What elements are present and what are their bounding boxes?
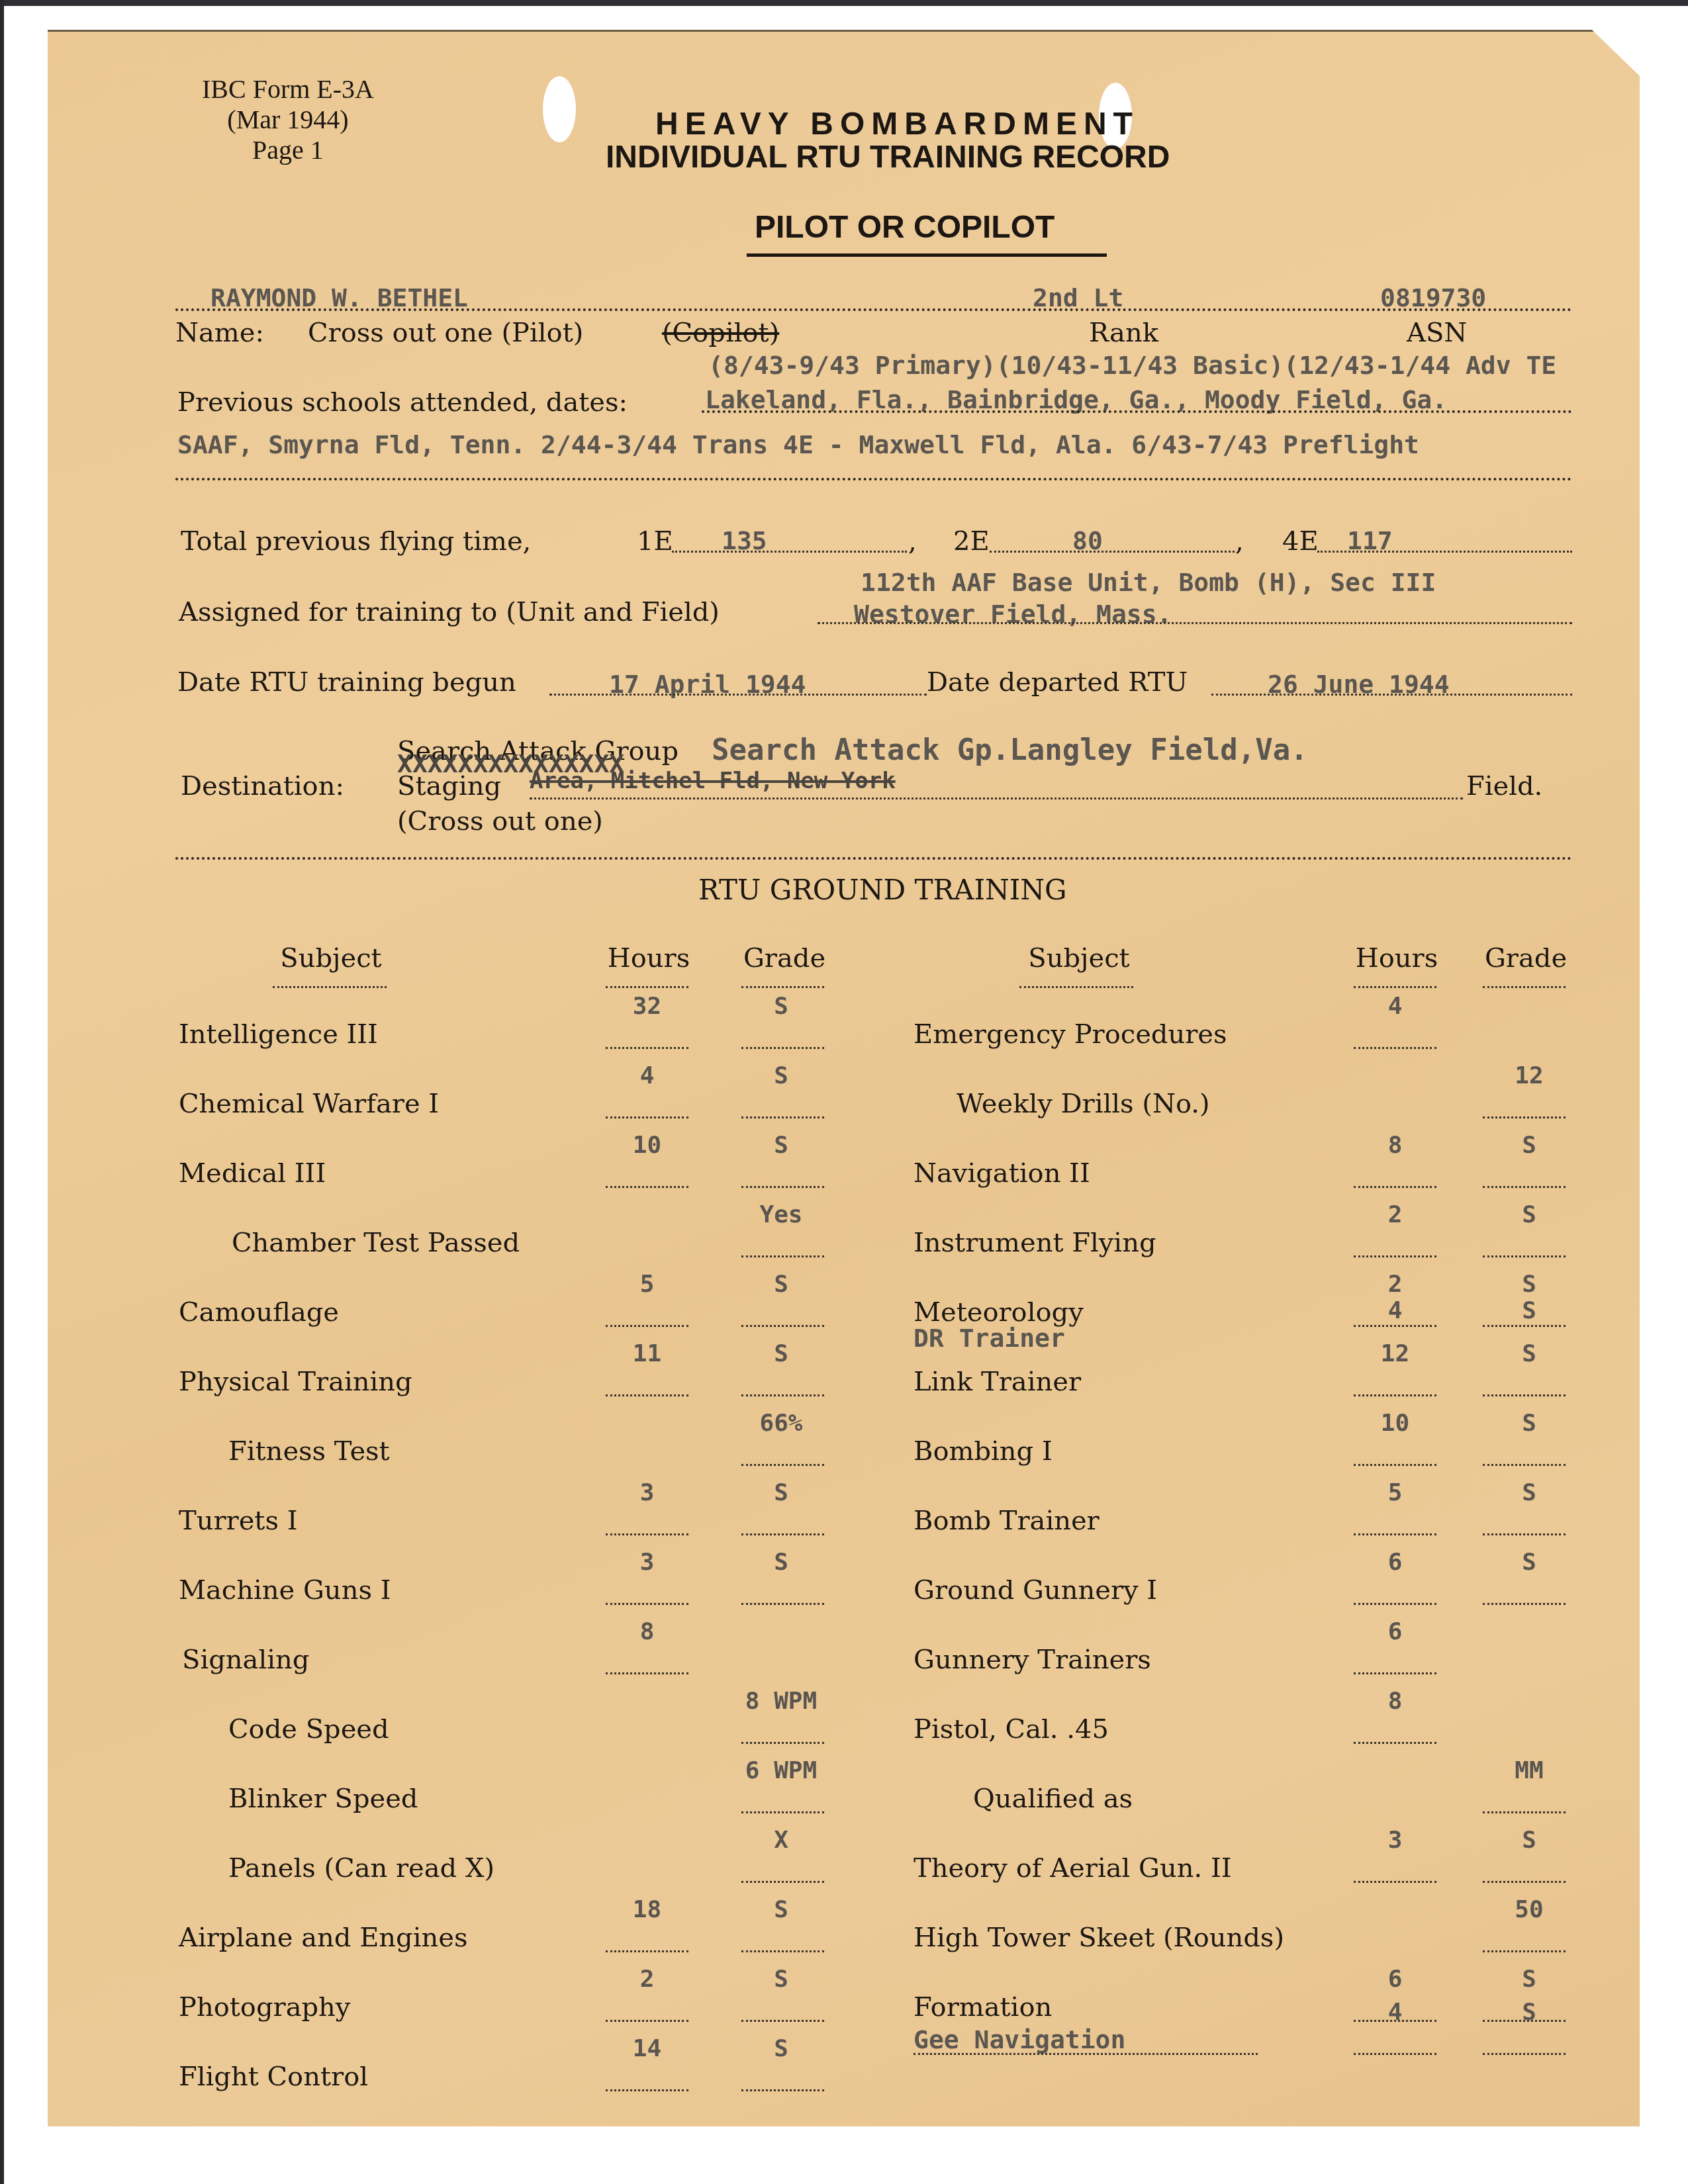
- row-hours[interactable]: 5: [602, 1271, 692, 1298]
- row-subject: Theory of Aerial Gun. II: [914, 1853, 1232, 1884]
- row-hours[interactable]: 4: [1350, 1999, 1440, 2026]
- grade-rule: [741, 1394, 824, 1396]
- hours-rule: [1354, 1255, 1436, 1257]
- previous-schools-rule2: [175, 478, 1572, 480]
- punch-hole-left: [543, 76, 576, 142]
- row-hours[interactable]: 3: [602, 1479, 692, 1506]
- hours-rule: [606, 1533, 688, 1535]
- right-grade-header: Grade: [1476, 943, 1575, 974]
- row-hours[interactable]: 32: [602, 993, 692, 1020]
- grade-rule: [741, 1811, 824, 1813]
- destination-label: Destination:: [181, 771, 344, 801]
- assigned-unit-value[interactable]: 112th AAF Base Unit, Bomb (H), Sec III: [861, 568, 1436, 597]
- row-subject: Code Speed: [228, 1714, 389, 1745]
- date-departed-label: Date departed RTU: [927, 667, 1188, 698]
- hours-rule: [606, 1394, 688, 1396]
- grade-rule: [741, 1950, 824, 1952]
- row-subject: Intelligence III: [179, 1019, 378, 1050]
- hours-rule: [606, 1603, 688, 1605]
- row-hours[interactable]: 14: [602, 2035, 692, 2062]
- row-subject: Link Trainer: [914, 1367, 1081, 1397]
- row-subject: Instrument Flying: [914, 1228, 1156, 1258]
- row-subject: Blinker Speed: [228, 1784, 418, 1814]
- form-id-block: IBC Form E-3A (Mar 1944) Page 1: [169, 74, 407, 165]
- grade-rule: [741, 1533, 824, 1535]
- row-hours[interactable]: 6: [1350, 1618, 1440, 1645]
- row-grade[interactable]: S: [731, 1062, 831, 1089]
- flying-time-label: Total previous flying time,: [181, 526, 531, 557]
- row-grade[interactable]: S: [731, 1132, 831, 1159]
- row-grade[interactable]: S: [731, 1896, 831, 1923]
- row-subject: Machine Guns I: [179, 1575, 391, 1606]
- previous-schools-label: Previous schools attended, dates:: [177, 387, 628, 418]
- subject-rule: [914, 2053, 1258, 2055]
- asn-label: ASN: [1407, 318, 1467, 348]
- row-grade[interactable]: Yes: [731, 1201, 831, 1228]
- grade-rule: [741, 1116, 824, 1118]
- row-hours[interactable]: 4: [602, 1062, 692, 1089]
- date-begun-rule: [549, 694, 927, 696]
- hours-rule: [1354, 1533, 1436, 1535]
- right-hours-header: Hours: [1347, 943, 1446, 974]
- grade-rule: [1483, 1950, 1566, 1952]
- row-subject: Camouflage: [179, 1297, 339, 1328]
- row-subject: Panels (Can read X): [228, 1853, 494, 1884]
- section-divider: [175, 857, 1572, 860]
- row-hours[interactable]: 4: [1350, 1297, 1440, 1324]
- grade-rule: [741, 1047, 824, 1049]
- row-subject: Fitness Test: [228, 1436, 390, 1467]
- row-hours[interactable]: 6: [1350, 1549, 1440, 1576]
- grade-rule: [741, 1742, 824, 1744]
- ground-training-title: RTU GROUND TRAINING: [698, 874, 1067, 906]
- right-grade-header-rule: [1483, 986, 1566, 988]
- hours-rule: [606, 1116, 688, 1118]
- row-grade[interactable]: S: [731, 1271, 831, 1298]
- assigned-field-value[interactable]: Westover Field, Mass.: [854, 600, 1172, 629]
- form-subtitle: PILOT OR COPILOT: [755, 209, 1055, 246]
- right-subject-header-rule: [1019, 986, 1133, 988]
- grade-rule: [741, 2089, 824, 2091]
- row-hours[interactable]: 12: [1350, 1340, 1440, 1367]
- row-grade[interactable]: S: [1479, 1340, 1579, 1367]
- form-page: Page 1: [169, 135, 407, 165]
- date-begun-label: Date RTU training begun: [177, 667, 516, 698]
- row-subject: Photography: [179, 1992, 350, 2023]
- row-grade[interactable]: 66%: [731, 1410, 831, 1437]
- hours-rule: [1354, 1603, 1436, 1605]
- row-subject: Bomb Trainer: [914, 1506, 1100, 1536]
- row-grade[interactable]: X: [731, 1827, 831, 1854]
- grade-rule: [1483, 1116, 1566, 1118]
- left-hours-header: Hours: [599, 943, 698, 974]
- row-grade[interactable]: S: [1479, 1410, 1579, 1437]
- row-subject: Signaling: [182, 1645, 309, 1675]
- row-subject: Weekly Drills (No.): [957, 1089, 1210, 1119]
- row-grade[interactable]: S: [731, 1479, 831, 1506]
- grade-rule: [1483, 1394, 1566, 1396]
- row-subject: Medical III: [179, 1158, 326, 1189]
- row-grade[interactable]: S: [731, 993, 831, 1020]
- hours-rule: [606, 1950, 688, 1952]
- row-subject: Formation: [914, 1992, 1052, 2023]
- row-subject: Ground Gunnery I: [914, 1575, 1157, 1606]
- row-subject: Airplane and Engines: [179, 1923, 467, 1953]
- row-subject: Navigation II: [914, 1158, 1090, 1189]
- form-title-line2: INDIVIDUAL RTU TRAINING RECORD: [606, 139, 1170, 175]
- grade-rule: [1483, 1464, 1566, 1466]
- row-grade[interactable]: S: [1479, 1827, 1579, 1854]
- hours-rule: [1354, 1186, 1436, 1188]
- row-hours[interactable]: 2: [1350, 1201, 1440, 1228]
- row-subject: Flight Control: [179, 2062, 368, 2092]
- previous-schools-line1[interactable]: (8/43-9/43 Primary)(10/43-11/43 Basic)(1…: [708, 351, 1556, 380]
- row-hours[interactable]: 6: [1350, 1966, 1440, 1993]
- row-hours[interactable]: 5: [1350, 1479, 1440, 1506]
- row-hours[interactable]: 3: [1350, 1827, 1440, 1854]
- row-hours[interactable]: 11: [602, 1340, 692, 1367]
- grade-rule: [1483, 1325, 1566, 1327]
- right-hours-header-rule: [1354, 986, 1436, 988]
- row-hours[interactable]: 8: [1350, 1688, 1440, 1715]
- name-rule: [175, 308, 1572, 311]
- row-grade[interactable]: S: [1479, 1999, 1579, 2026]
- grade-rule: [1483, 1255, 1566, 1257]
- row-grade[interactable]: 6 WPM: [731, 1757, 831, 1784]
- row-hours[interactable]: 2: [602, 1966, 692, 1993]
- row-grade[interactable]: S: [1479, 1201, 1579, 1228]
- grade-rule: [1483, 2053, 1566, 2055]
- hours-rule: [1354, 1742, 1436, 1744]
- flying-time-1e-label: 1E: [637, 526, 673, 557]
- scanner-edge-top: [0, 0, 1688, 6]
- flying-time-2e-label: 2E: [953, 526, 990, 557]
- grade-rule: [1483, 1881, 1566, 1883]
- hours-rule: [1354, 1881, 1436, 1883]
- row-hours[interactable]: 10: [602, 1132, 692, 1159]
- grade-rule: [741, 1255, 824, 1257]
- right-subject-header: Subject: [1003, 943, 1155, 974]
- row-grade[interactable]: S: [731, 1549, 831, 1576]
- scanner-edge-left: [0, 0, 4, 2184]
- row-subject: Chamber Test Passed: [232, 1228, 520, 1258]
- left-subject-header-rule: [273, 986, 387, 988]
- hours-rule: [1354, 1672, 1436, 1674]
- row-subject: Bombing I: [914, 1436, 1053, 1467]
- grade-rule: [741, 1325, 824, 1327]
- grade-rule: [741, 1603, 824, 1605]
- row-grade[interactable]: S: [731, 1966, 831, 1993]
- row-subject: Gee Navigation: [914, 2025, 1125, 2054]
- destination-rule: [530, 797, 1463, 799]
- rank-label: Rank: [1089, 318, 1158, 348]
- hours-rule: [606, 2020, 688, 2022]
- flying-time-4e-rule: [1317, 551, 1572, 553]
- row-grade[interactable]: S: [1479, 1966, 1579, 1993]
- left-grade-header: Grade: [735, 943, 834, 974]
- grade-rule: [741, 1881, 824, 1883]
- destination-typed-value[interactable]: Search Attack Gp.Langley Field,Va.: [712, 733, 1308, 767]
- row-subject: High Tower Skeet (Rounds): [914, 1923, 1284, 1953]
- row-grade[interactable]: 50: [1479, 1896, 1579, 1923]
- row-grade[interactable]: S: [731, 1340, 831, 1367]
- row-grade[interactable]: 8 WPM: [731, 1688, 831, 1715]
- form-id: IBC Form E-3A: [169, 74, 407, 105]
- grade-rule: [741, 1464, 824, 1466]
- row-subject: Pistol, Cal. .45: [914, 1714, 1109, 1745]
- hours-rule: [606, 2089, 688, 2091]
- row-hours[interactable]: 2: [1350, 1271, 1440, 1298]
- destination-staging-label: Staging: [397, 771, 501, 801]
- grade-rule: [1483, 1603, 1566, 1605]
- row-subject: Qualified as: [973, 1784, 1133, 1814]
- row-grade[interactable]: S: [1479, 1479, 1579, 1506]
- left-subject-header: Subject: [255, 943, 407, 974]
- row-hours[interactable]: 3: [602, 1549, 692, 1576]
- row-grade[interactable]: S: [1479, 1549, 1579, 1576]
- grade-rule: [741, 2020, 824, 2022]
- flying-time-4e-label: 4E: [1282, 526, 1319, 557]
- row-grade[interactable]: MM: [1479, 1757, 1579, 1784]
- row-subject: Emergency Procedures: [914, 1019, 1227, 1050]
- flying-time-comma-1: ,: [908, 526, 917, 557]
- flying-time-2e-rule: [990, 551, 1235, 553]
- hours-rule: [606, 1047, 688, 1049]
- row-hours[interactable]: 10: [1350, 1410, 1440, 1437]
- hours-rule: [606, 1325, 688, 1327]
- row-subject: Gunnery Trainers: [914, 1645, 1151, 1675]
- row-grade[interactable]: S: [1479, 1297, 1579, 1324]
- flying-time-comma-2: ,: [1235, 526, 1244, 557]
- row-subject: DR Trainer: [914, 1324, 1065, 1353]
- row-subject: Physical Training: [179, 1367, 412, 1397]
- hours-rule: [606, 1186, 688, 1188]
- subtitle-underline: [747, 253, 1107, 257]
- hours-rule: [1354, 2053, 1436, 2055]
- hours-rule: [1354, 1394, 1436, 1396]
- previous-schools-line3[interactable]: SAAF, Smyrna Fld, Tenn. 2/44-3/44 Trans …: [177, 430, 1419, 459]
- grade-rule: [1483, 1811, 1566, 1813]
- hours-rule: [1354, 1464, 1436, 1466]
- row-grade[interactable]: S: [1479, 1132, 1579, 1159]
- left-grade-header-rule: [741, 986, 824, 988]
- hours-rule: [606, 1672, 688, 1674]
- cross-out-pilot-label: Cross out one (Pilot): [308, 318, 583, 348]
- previous-schools-rule1: [702, 410, 1572, 413]
- row-subject: Turrets I: [179, 1506, 297, 1536]
- destination-field-suffix: Field.: [1466, 771, 1542, 801]
- copilot-label-struck: (Copilot): [662, 318, 779, 348]
- row-grade[interactable]: 12: [1479, 1062, 1579, 1089]
- date-departed-rule: [1211, 694, 1572, 696]
- form-title-line1: HEAVY BOMBARDMENT: [655, 106, 1139, 142]
- hours-rule: [1354, 1047, 1436, 1049]
- destination-cross-out-note: (Cross out one): [397, 806, 603, 837]
- form-date: (Mar 1944): [169, 105, 407, 135]
- row-hours[interactable]: 8: [1350, 1132, 1440, 1159]
- flying-time-1e-rule: [672, 551, 907, 553]
- row-hours[interactable]: 18: [602, 1896, 692, 1923]
- row-hours[interactable]: 8: [602, 1618, 692, 1645]
- grade-rule: [1483, 1186, 1566, 1188]
- row-grade[interactable]: S: [731, 2035, 831, 2062]
- left-hours-header-rule: [606, 986, 688, 988]
- row-grade[interactable]: S: [1479, 1271, 1579, 1298]
- name-label: Name:: [175, 318, 264, 348]
- grade-rule: [741, 1186, 824, 1188]
- row-hours[interactable]: 4: [1350, 993, 1440, 1020]
- grade-rule: [1483, 1533, 1566, 1535]
- destination-staging-struck: Area, Mitchel Fld, New York: [530, 768, 896, 794]
- hours-rule: [1354, 1325, 1436, 1327]
- row-subject: Chemical Warfare I: [179, 1089, 439, 1119]
- assigned-label: Assigned for training to (Unit and Field…: [179, 597, 720, 627]
- assigned-rule: [818, 622, 1572, 624]
